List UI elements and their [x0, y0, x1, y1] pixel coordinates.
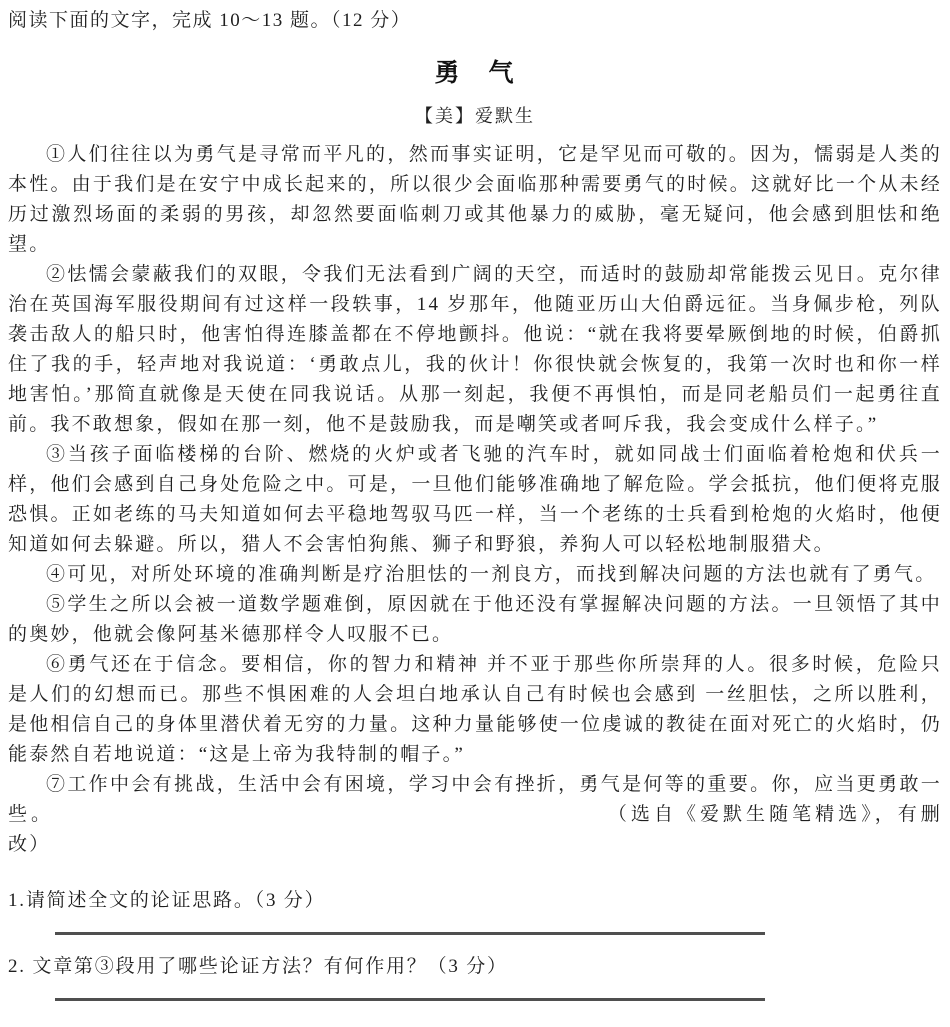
paragraph-3: ③当孩子面临楼梯的台阶、燃烧的火炉或者飞驰的汽车时，就如同战士们面临着枪炮和伏兵…: [8, 440, 942, 560]
article-author: 【美】爱默生: [8, 104, 942, 128]
paragraph-5: ⑤学生之所以会被一道数学题难倒，原因就在于他还没有掌握解决问题的方法。一旦领悟了…: [8, 590, 942, 650]
question-1: 1.请简述全文的论证思路。（3 分）: [8, 886, 942, 916]
article-body: ①人们往往以为勇气是寻常而平凡的，然而事实证明，它是罕见而可敬的。因为，懦弱是人…: [8, 140, 942, 860]
paragraph-2: ②怯懦会蒙蔽我们的双眼，令我们无法看到广阔的天空，而适时的鼓励却常能拨云见日。克…: [8, 260, 942, 440]
article-title: 勇 气: [8, 58, 942, 88]
answer-line-2: [55, 998, 765, 1001]
question-2: 2. 文章第③段用了哪些论证方法？有何作用？（3 分）: [8, 952, 942, 982]
paragraph-4: ④可见，对所处环境的准确判断是疗治胆怯的一剂良方，而找到解决问题的方法也就有了勇…: [8, 560, 942, 590]
attribution-spacer: [54, 819, 606, 820]
paragraph-7: ⑦工作中会有挑战，生活中会有困境，学习中会有挫折，勇气是何等的重要。你，应当更勇…: [8, 770, 942, 860]
paragraph-6: ⑥勇气还在于信念。要相信，你的智力和精神 并不亚于那些你所崇拜的人。很多时候，危…: [8, 650, 942, 770]
reading-instruction: 阅读下面的文字，完成 10～13 题。（12 分）: [8, 8, 942, 34]
answer-line-1: [55, 932, 765, 935]
source-attribution: （选自《爱默生随笔精选》，有删改）: [8, 804, 942, 855]
paragraph-1: ①人们往往以为勇气是寻常而平凡的，然而事实证明，它是罕见而可敬的。因为，懦弱是人…: [8, 140, 942, 260]
exam-document-page: 阅读下面的文字，完成 10～13 题。（12 分） 勇 气 【美】爱默生 ①人们…: [0, 0, 950, 1027]
